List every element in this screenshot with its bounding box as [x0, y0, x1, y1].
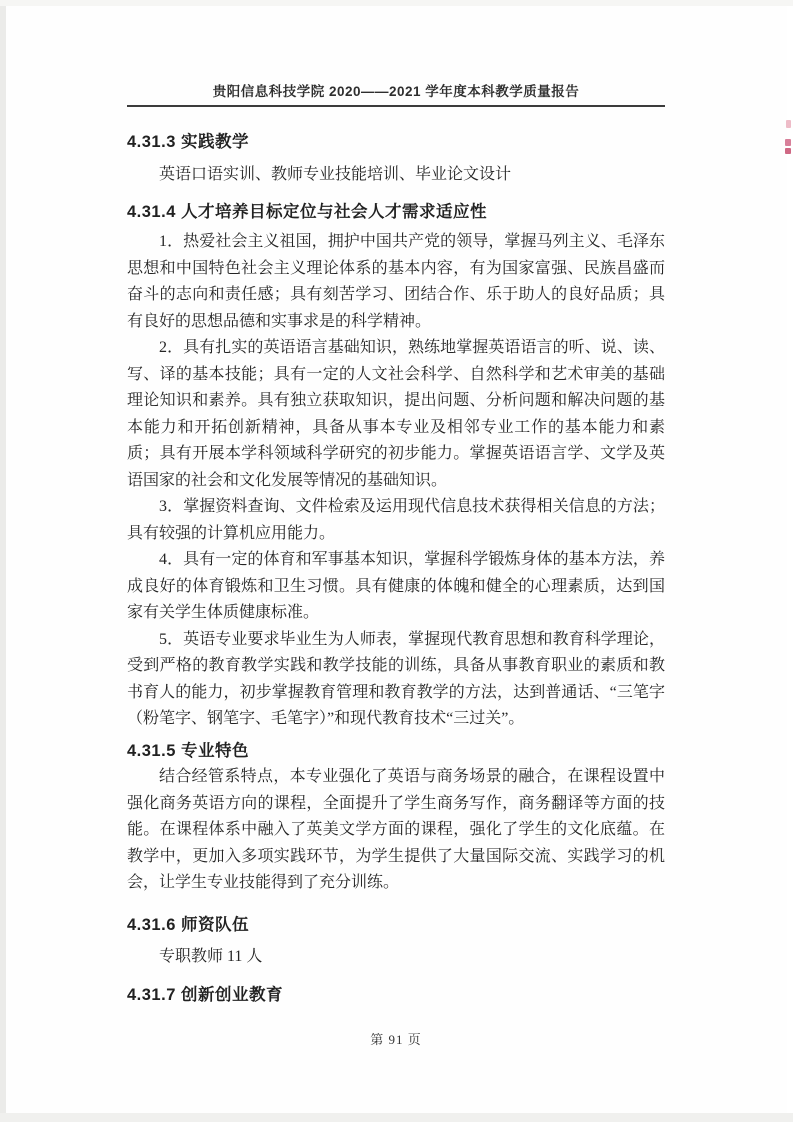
section-heading-4314: 4.31.4 人才培养目标定位与社会人才需求适应性: [127, 198, 672, 222]
scan-edge-left: [0, 0, 6, 1122]
talent-goal-paragraph-group: 1．热爱社会主义祖国，拥护中国共产党的领导，掌握马列主义、毛泽东思想和中国特色社…: [127, 229, 665, 733]
talent-goal-item-2: 2．具有扎实的英语语言基础知识，熟练地掌握英语语言的听、说、读、写、译的基本技能…: [127, 335, 665, 494]
major-feature-paragraph: 结合经管系特点，本专业强化了英语与商务场景的融合，在课程设置中强化商务英语方向的…: [127, 764, 665, 897]
faculty-body: 专职教师 11 人: [127, 944, 665, 971]
faculty-count-paragraph: 专职教师 11 人: [127, 944, 665, 971]
talent-goal-item-1: 1．热爱社会主义祖国，拥护中国共产党的领导，掌握马列主义、毛泽东思想和中国特色社…: [127, 229, 665, 335]
pink-scan-artifact: [785, 148, 791, 154]
pink-scan-artifact: [785, 139, 791, 146]
page-number: 第 91 页: [127, 1029, 665, 1048]
pink-scan-artifact: [786, 120, 791, 128]
practice-teaching-body: 英语口语实训、教师专业技能培训、毕业论文设计: [127, 162, 665, 189]
talent-goal-item-4: 4．具有一定的体育和军事基本知识，掌握科学锻炼身体的基本方法，养成良好的体育锻炼…: [127, 547, 665, 627]
section-heading-4316: 4.31.6 师资队伍: [127, 911, 672, 935]
running-header: 贵阳信息科技学院 2020——2021 学年度本科教学质量报告: [127, 80, 665, 107]
section-heading-4317: 4.31.7 创新创业教育: [127, 981, 672, 1005]
scanned-document-page: { "header": { "title": "贵阳信息科技学院 2020——2…: [0, 0, 793, 1122]
section-heading-4315: 4.31.5 专业特色: [127, 737, 672, 761]
scan-edge-top: [0, 0, 793, 6]
scan-edge-bottom: [0, 1113, 793, 1122]
talent-goal-item-5: 5．英语专业要求毕业生为人师表，掌握现代教育思想和教育科学理论，受到严格的教育教…: [127, 627, 665, 733]
major-feature-body: 结合经管系特点，本专业强化了英语与商务场景的融合，在课程设置中强化商务英语方向的…: [127, 764, 665, 897]
section-heading-4313: 4.31.3 实践教学: [127, 128, 672, 152]
practice-teaching-paragraph: 英语口语实训、教师专业技能培训、毕业论文设计: [127, 162, 665, 189]
talent-goal-item-3: 3．掌握资料查询、文件检索及运用现代信息技术获得相关信息的方法；具有较强的计算机…: [127, 494, 665, 547]
